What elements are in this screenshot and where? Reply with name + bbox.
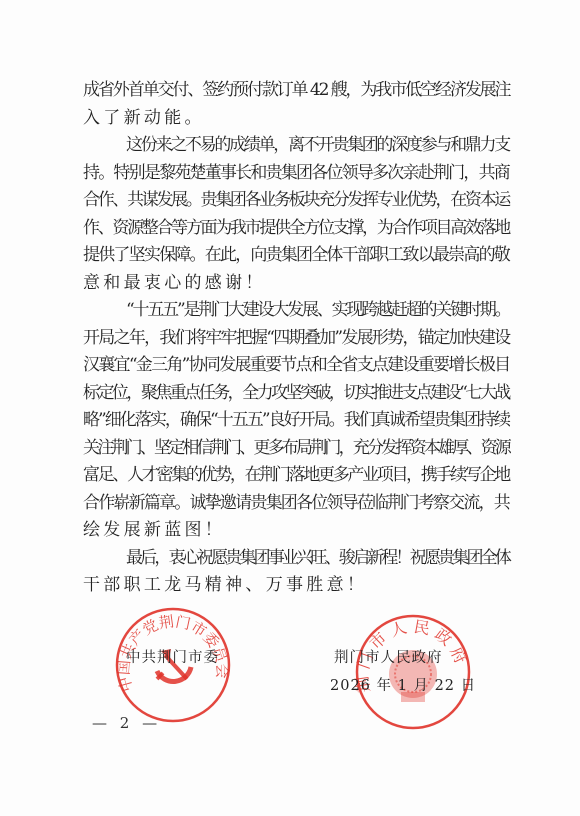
left-signature: 中共荆门市委	[126, 646, 219, 667]
page-number: — 2 —	[92, 714, 161, 732]
body-line: 提供了坚实保障。在此，向贵集团全体干部职工致以最崇高的敬	[83, 244, 509, 266]
body-line: 汉襄宜“金三角”协同发展重要节点和全省支点建设重要增长极目	[83, 354, 509, 376]
body-line: 最后，衷心祝愿贵集团事业兴旺、骏启新程！祝愿贵集团全体	[126, 547, 509, 569]
body-line: 开局之年，我们将牢牢把握“四期叠加”发展形势，锚定加快建设	[83, 327, 509, 349]
body-line: 入了新动能。	[83, 107, 509, 129]
body-line: 略”细化落实，确保“十五五”良好开局。我们真诚希望贵集团持续	[83, 409, 509, 431]
body-line: 这份来之不易的成绩单，离不开贵集团的深度参与和鼎力支	[126, 134, 509, 156]
body-line: 作、资源整合等方面为我市提供全方位支撑，为合作项目高效落地	[83, 217, 509, 239]
body-line: 成省外首单交付、签约预付款订单 42 艘，为我市低空经济发展注	[83, 79, 509, 101]
body-line: 标定位，聚焦重点任务，全力攻坚突破，切实推进支点建设“七大战	[83, 382, 509, 404]
body-line: 持。特别是黎苑楚董事长和贵集团各位领导多次亲赴荆门，共商	[83, 162, 509, 184]
document-page: 成省外首单交付、签约预付款订单 42 艘，为我市低空经济发展注入了新动能。这份来…	[0, 0, 580, 816]
body-line: 绘发展新蓝图！	[83, 519, 509, 541]
body-line: 合作崭新篇章。诚挚邀请贵集团各位领导莅临荆门考察交流，共	[83, 492, 509, 514]
signature-date: 2026 年 1 月 22 日	[330, 674, 476, 695]
body-line: 富足、人才密集的优势，在荆门落地更多产业项目，携手续写企地	[83, 464, 509, 486]
body-line: 干部职工龙马精神、万事胜意！	[83, 574, 509, 596]
body-line: “十五五”是荆门大建设大发展、实现跨越赶超的关键时期。	[126, 299, 509, 321]
body-line: 关注荆门、坚定相信荆门、更多布局荆门，充分发挥资本雄厚、资源	[83, 437, 509, 459]
body-line: 合作、共谋发展。贵集团各业务板块充分发挥专业优势，在资本运	[83, 189, 509, 211]
body-line: 意和最衷心的感谢！	[83, 272, 509, 294]
right-signature: 荆门市人民政府	[334, 646, 443, 667]
government-seal-icon: 荆 门 市 人 民 政 府	[353, 612, 473, 732]
